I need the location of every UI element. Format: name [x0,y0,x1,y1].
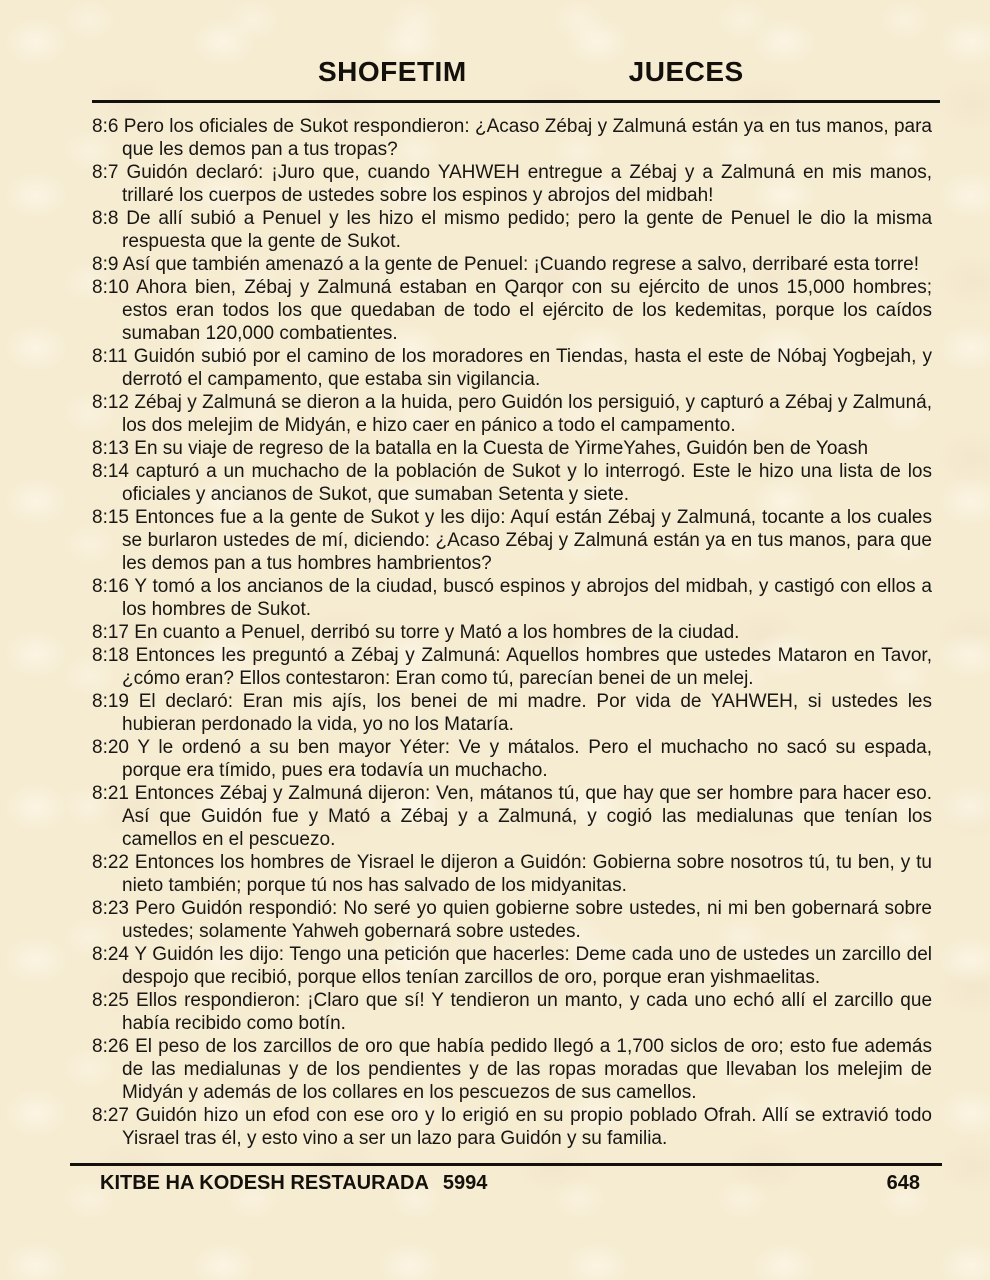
verse-number: 8:8 [92,208,118,229]
header-divider [92,100,940,103]
footer-book-title-group: KITBE HA KODESH RESTAURADA 5994 [100,1172,487,1195]
verse-list: 8:6 Pero los oficiales de Sukot respondi… [92,115,932,1150]
verse-text: Pero los oficiales de Sukot respondieron… [122,116,932,160]
verse-number: 8:17 [92,622,129,643]
verse-number: 8:12 [92,392,129,413]
verse-text: Y Guidón les dijo: Tengo una petición qu… [122,944,932,988]
verse-number: 8:9 [92,254,118,275]
verse: 8:16 Y tomó a los ancianos de la ciudad,… [92,575,932,621]
verse-number: 8:16 [92,576,129,597]
verse-text: Entonces los hombres de Yisrael le dijer… [122,852,932,896]
verse-text: Y le ordenó a su ben mayor Yéter: Ve y m… [122,737,932,781]
verse-number: 8:15 [92,507,129,528]
verse-number: 8:24 [92,944,129,965]
verse-text: Pero Guidón respondió: No seré yo quien … [122,898,932,942]
verse-number: 8:7 [92,162,118,183]
verse-number: 8:18 [92,645,129,666]
footer-book-title: KITBE HA KODESH RESTAURADA [100,1172,429,1195]
verse-text: En su viaje de regreso de la batalla en … [134,438,868,459]
verse: 8:19 El declaró: Eran mis ajís, los bene… [92,690,932,736]
verse: 8:27 Guidón hizo un efod con ese oro y l… [92,1104,932,1150]
page-footer: KITBE HA KODESH RESTAURADA 5994 648 [100,1172,920,1195]
verse-text: El declaró: Eran mis ajís, los benei de … [122,691,932,735]
verse: 8:21 Entonces Zébaj y Zalmuná dijeron: V… [92,782,932,851]
verse: 8:15 Entonces fue a la gente de Sukot y … [92,506,932,575]
verse: 8:24 Y Guidón les dijo: Tengo una petici… [92,943,932,989]
verse-text: Entonces les preguntó a Zébaj y Zalmuná:… [122,645,932,689]
verse-number: 8:10 [92,277,129,298]
verse-number: 8:22 [92,852,129,873]
header-title-spanish: JUECES [629,56,744,88]
verse-text: Ahora bien, Zébaj y Zalmuná estaban en Q… [122,277,932,344]
verse: 8:10 Ahora bien, Zébaj y Zalmuná estaban… [92,276,932,345]
verse: 8:6 Pero los oficiales de Sukot respondi… [92,115,932,161]
verse: 8:11 Guidón subió por el camino de los m… [92,345,932,391]
verse-text: Ellos respondieron: ¡Claro que sí! Y ten… [122,990,932,1034]
verse: 8:9 Así que también amenazó a la gente d… [92,253,932,276]
verse-text: Guidón subió por el camino de los morado… [122,346,932,390]
verse-text: De allí subió a Penuel y les hizo el mis… [122,208,932,252]
verse-text: capturó a un muchacho de la población de… [122,461,932,505]
verse: 8:8 De allí subió a Penuel y les hizo el… [92,207,932,253]
verse: 8:14 capturó a un muchacho de la poblaci… [92,460,932,506]
verse-number: 8:21 [92,783,129,804]
verse-text: Entonces fue a la gente de Sukot y les d… [122,507,932,574]
verse-text: En cuanto a Penuel, derribó su torre y M… [134,622,739,643]
verse-text: Entonces Zébaj y Zalmuná dijeron: Ven, m… [122,783,932,850]
verse: 8:25 Ellos respondieron: ¡Claro que sí! … [92,989,932,1035]
footer-year: 5994 [443,1172,488,1195]
verse-text: Guidón declaró: ¡Juro que, cuando YAHWEH… [122,162,932,206]
verse: 8:12 Zébaj y Zalmuná se dieron a la huid… [92,391,932,437]
verse-number: 8:26 [92,1036,129,1057]
verse: 8:7 Guidón declaró: ¡Juro que, cuando YA… [92,161,932,207]
verse-number: 8:27 [92,1105,129,1126]
verse-number: 8:14 [92,461,129,482]
verse-text: Guidón hizo un efod con ese oro y lo eri… [122,1105,932,1149]
page-header: SHOFETIM JUECES [0,56,990,88]
verse: 8:13 En su viaje de regreso de la batall… [92,437,932,460]
verse-text: Y tomó a los ancianos de la ciudad, busc… [122,576,932,620]
verse: 8:23 Pero Guidón respondió: No seré yo q… [92,897,932,943]
page-background: SHOFETIM JUECES 8:6 Pero los oficiales d… [0,0,990,1280]
footer-page-number: 648 [887,1172,920,1195]
header-title-hebrew: SHOFETIM [318,56,467,88]
verse: 8:17 En cuanto a Penuel, derribó su torr… [92,621,932,644]
verse: 8:18 Entonces les preguntó a Zébaj y Zal… [92,644,932,690]
verse: 8:26 El peso de los zarcillos de oro que… [92,1035,932,1104]
verse: 8:22 Entonces los hombres de Yisrael le … [92,851,932,897]
verse-text: Así que también amenazó a la gente de Pe… [123,254,919,275]
verse-number: 8:6 [92,116,118,137]
verse-text: Zébaj y Zalmuná se dieron a la huida, pe… [122,392,932,436]
verse-number: 8:13 [92,438,129,459]
verse: 8:20 Y le ordenó a su ben mayor Yéter: V… [92,736,932,782]
verse-number: 8:11 [92,346,128,367]
verse-number: 8:19 [92,691,129,712]
verse-text: El peso de los zarcillos de oro que habí… [122,1036,932,1103]
verse-number: 8:20 [92,737,129,758]
verse-number: 8:25 [92,990,129,1011]
footer-divider [70,1163,942,1166]
verse-number: 8:23 [92,898,129,919]
